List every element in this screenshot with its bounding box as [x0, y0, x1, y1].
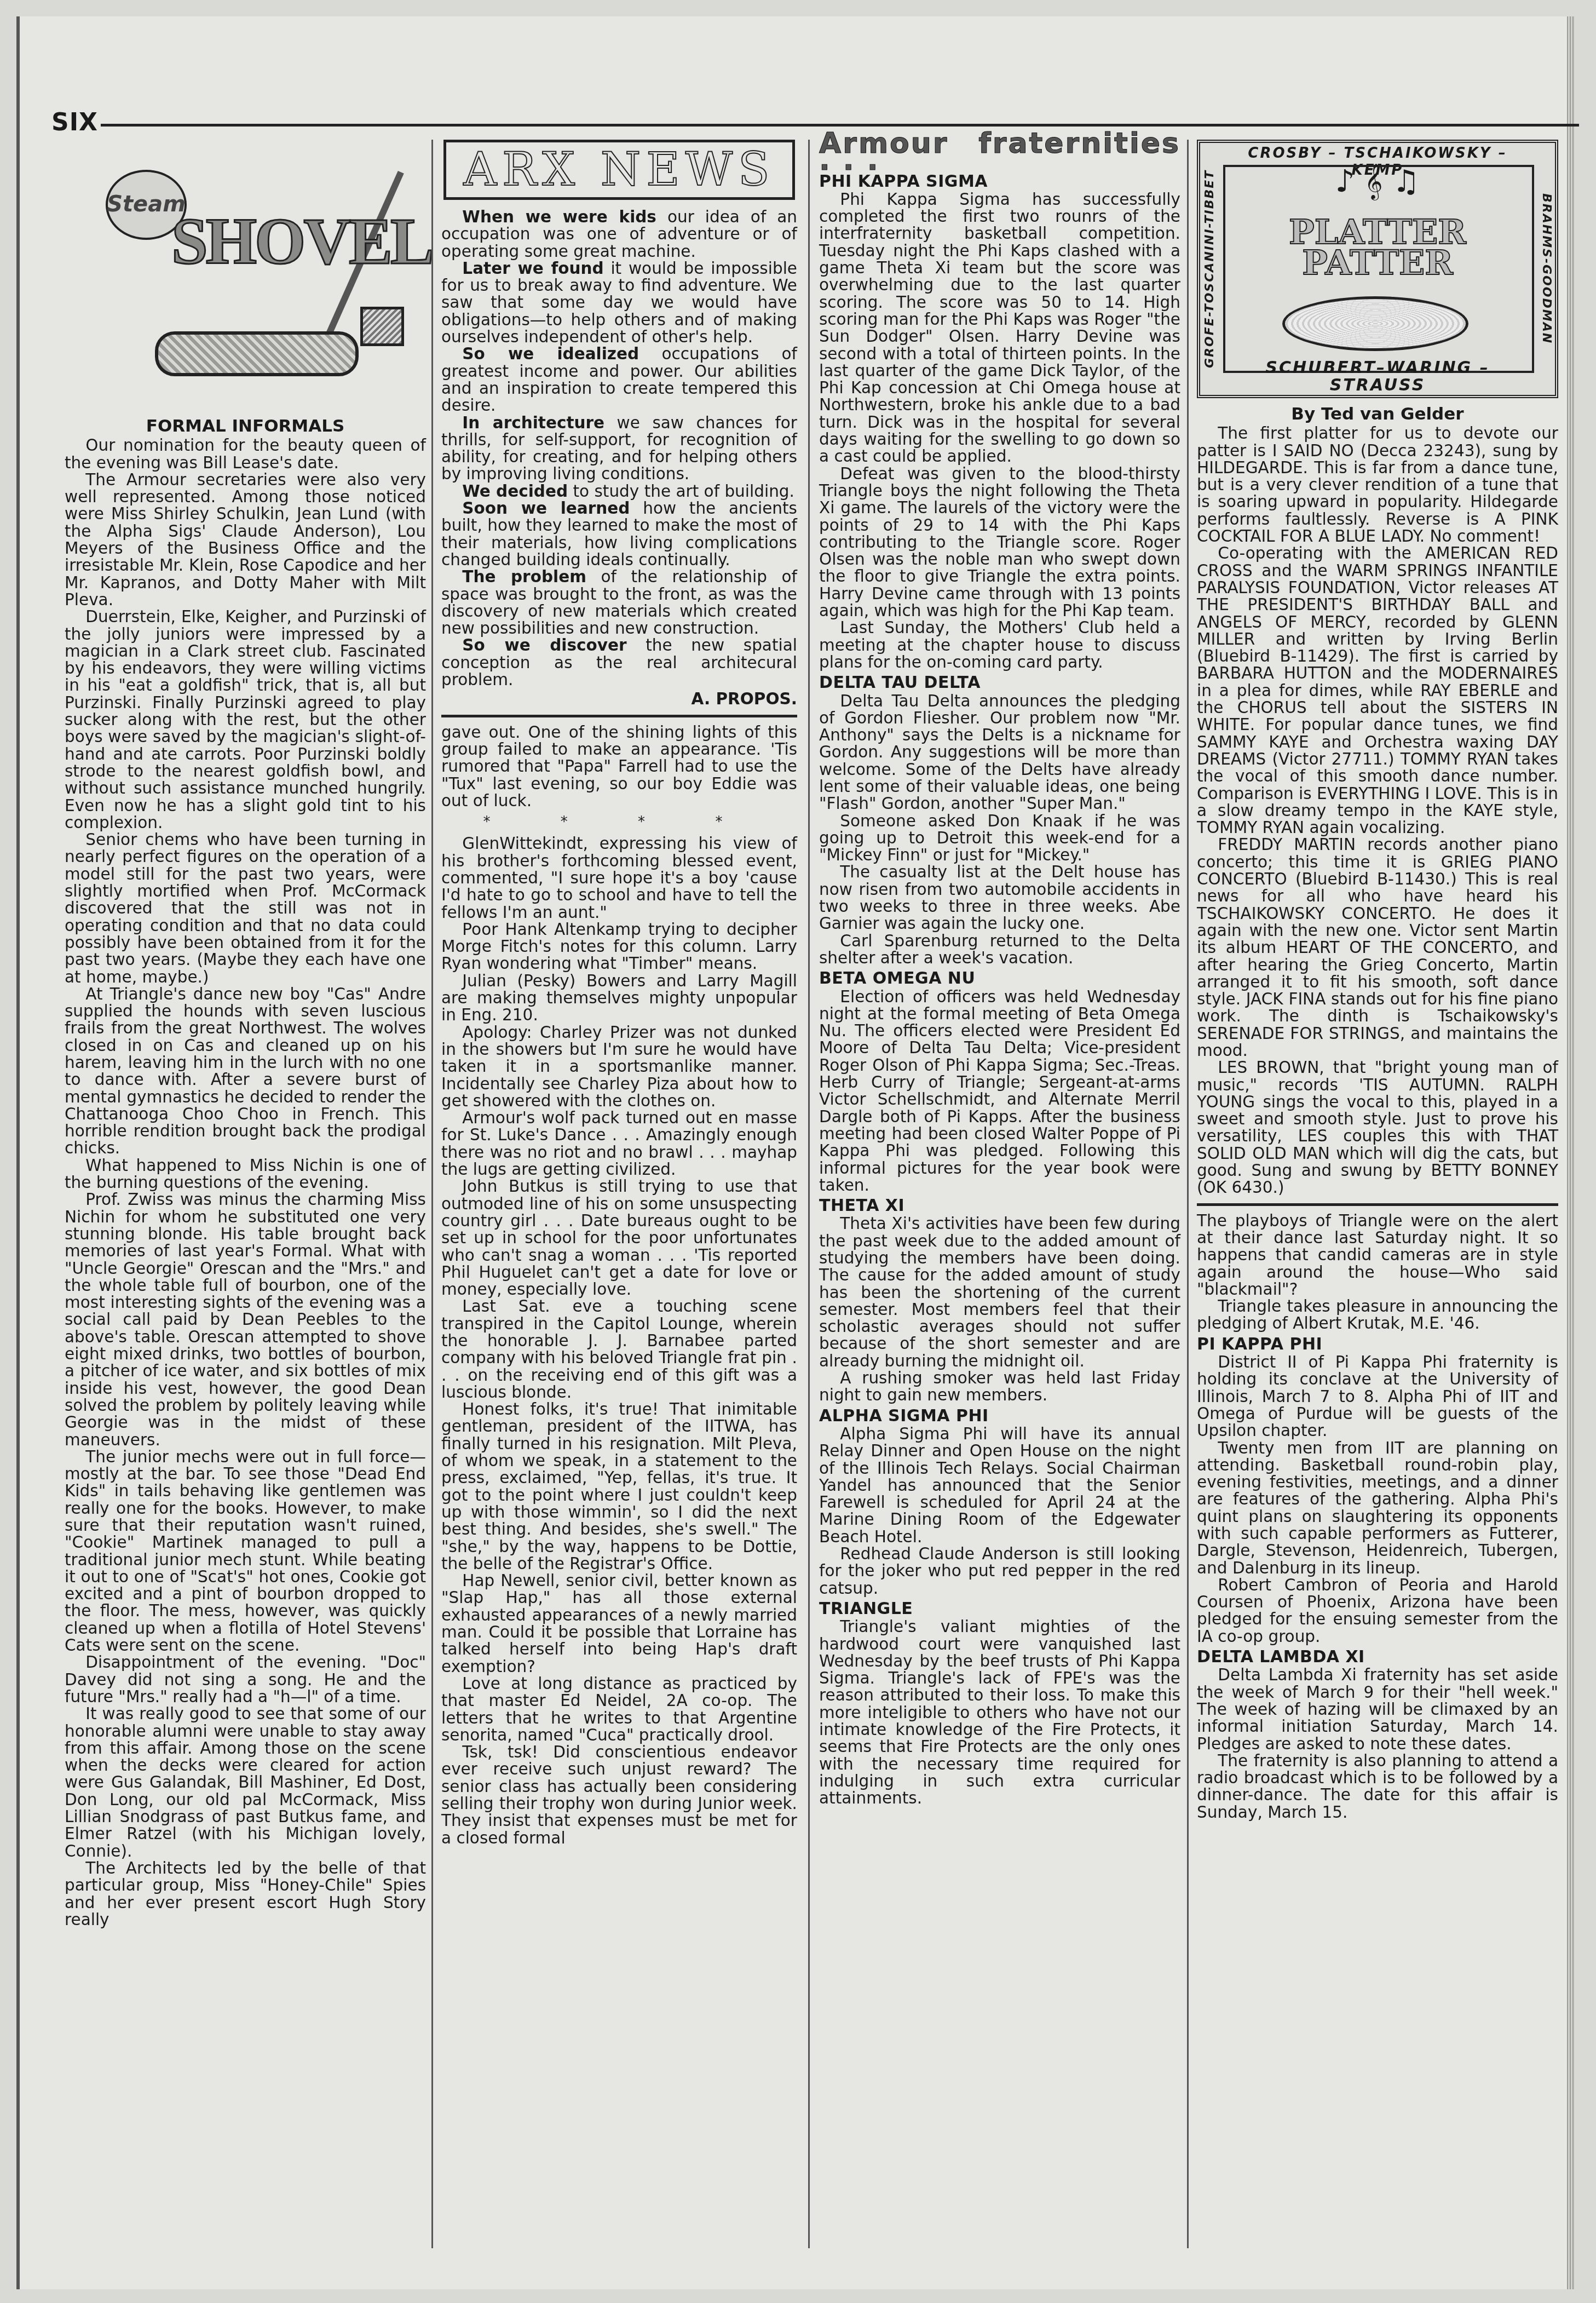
fraternity-paragraph: Someone asked Don Knaak if he was going …	[819, 813, 1180, 864]
divider-rule	[1197, 1203, 1558, 1206]
arx-paragraph: So we idealized occupations of greatest …	[441, 346, 797, 414]
record-disc-icon	[1282, 296, 1468, 351]
paragraph: Love at long distance as practiced by th…	[441, 1675, 797, 1744]
paragraph: Senior chems who have been turning in ne…	[65, 831, 426, 986]
fraternity-paragraph: Alpha Sigma Phi will have its annual Rel…	[819, 1426, 1180, 1546]
header-rule	[101, 124, 1579, 127]
arx-paragraph: We decided to study the art of building.	[441, 483, 797, 500]
paragraph: Disappointment of the evening. "Doc" Dav…	[65, 1654, 426, 1705]
paragraph: The first platter for us to devote our p…	[1197, 425, 1558, 545]
paragraph: Our nomination for the beauty queen of t…	[65, 437, 426, 472]
tread-icon	[155, 331, 359, 376]
fraternity-heading: TRIANGLE	[819, 1600, 1180, 1617]
fraternity-heading: DELTA LAMBDA XI	[1197, 1649, 1558, 1665]
column-divider	[808, 140, 810, 2248]
paragraph: Duerrstein, Elke, Keigher, and Purzinski…	[65, 608, 426, 831]
lead-in: Later we found	[462, 259, 603, 278]
fraternity-heading: PHI KAPPA SIGMA	[819, 173, 1180, 190]
fraternity-paragraph: Redhead Claude Anderson is still looking…	[819, 1546, 1180, 1597]
continued-body: gave out. One of the shining lights of t…	[441, 724, 797, 1847]
fraternity-paragraph: A rushing smoker was held last Friday ni…	[819, 1370, 1180, 1404]
section-separator: * * * *	[441, 814, 797, 831]
paragraph: Julian (Pesky) Bowers and Larry Magill a…	[441, 973, 797, 1024]
fraternity-paragraph: The fraternity is also planning to atten…	[1197, 1753, 1558, 1821]
paragraph: What happened to Miss Nichin is one of t…	[65, 1157, 426, 1192]
paragraph: Hap Newell, senior civil, better known a…	[441, 1572, 797, 1675]
divider-rule	[441, 715, 797, 717]
triangle-continued: The playboys of Triangle were on the ale…	[1197, 1213, 1558, 1333]
platter-body: The first platter for us to devote our p…	[1197, 425, 1558, 1196]
column-platter-patter: CROSBY – TSCHAIKOWSKY – KEMP GROFE-TOSCA…	[1197, 140, 1558, 1821]
newspaper-page: SIX Steam SHOVEL FORMAL INFORMALS Our no…	[16, 16, 1575, 2289]
fraternity-sections-continued: PI KAPPA PHIDistrict II of Pi Kappa Phi …	[1197, 1336, 1558, 1821]
fraternity-paragraph: Theta Xi's activities have been few duri…	[819, 1215, 1180, 1370]
fraternity-paragraph: Defeat was given to the blood-thirsty Tr…	[819, 466, 1180, 620]
title-line-2: PATTER	[1200, 248, 1555, 278]
article-body: Our nomination for the beauty queen of t…	[65, 437, 426, 1928]
paragraph: It was really good to see that some of o…	[65, 1705, 426, 1860]
paragraph: Triangle takes pleasure in announcing th…	[1197, 1298, 1558, 1333]
fraternity-sections: PHI KAPPA SIGMAPhi Kappa Sigma has succe…	[819, 173, 1180, 1807]
fraternity-paragraph: Phi Kappa Sigma has successfully complet…	[819, 191, 1180, 466]
fraternity-paragraph: Last Sunday, the Mothers' Club held a me…	[819, 619, 1180, 671]
paragraph: The junior mechs were out in full force—…	[65, 1449, 426, 1655]
fraternity-paragraph: Election of officers was held Wednesday …	[819, 989, 1180, 1194]
platter-patter-box: CROSBY – TSCHAIKOWSKY – KEMP GROFE-TOSCA…	[1197, 140, 1558, 398]
paragraph: The Armour secretaries were also very we…	[65, 472, 426, 608]
paragraph: John Butkus is still trying to use that …	[441, 1178, 797, 1298]
lead-in: The problem	[462, 567, 586, 586]
paragraph: gave out. One of the shining lights of t…	[441, 724, 797, 809]
fraternity-heading: PI KAPPA PHI	[1197, 1336, 1558, 1353]
lead-in: In architecture	[462, 413, 604, 432]
fraternity-paragraph: Carl Sparenburg returned to the Delta sh…	[819, 933, 1180, 967]
paragraph: Co-operating with the AMERICAN RED CROSS…	[1197, 545, 1558, 836]
page-edge	[1567, 16, 1575, 2289]
steam-shovel-logo: Steam SHOVEL	[65, 140, 426, 413]
arx-paragraph: In architecture we saw chances for thril…	[441, 415, 797, 483]
arx-paragraph: When we were kids our idea of an occupat…	[441, 209, 797, 260]
column-arx-news: ARX NEWS When we were kids our idea of a…	[441, 140, 797, 1847]
byline: By Ted van Gelder	[1197, 406, 1558, 423]
arx-paragraph: Later we found it would be impossible fo…	[441, 260, 797, 346]
paragraph: The playboys of Triangle were on the ale…	[1197, 1213, 1558, 1298]
paragraph: LES BROWN, that "bright young man of mus…	[1197, 1059, 1558, 1196]
fraternity-heading: ALPHA SIGMA PHI	[819, 1408, 1180, 1425]
column-divider	[431, 140, 433, 2248]
lead-in: Soon we learned	[462, 499, 630, 518]
arx-paragraph: The problem of the relationship of space…	[441, 568, 797, 637]
fraternity-paragraph: Triangle's valiant mighties of the hardw…	[819, 1618, 1180, 1807]
paragraph: FREDDY MARTIN records another piano conc…	[1197, 836, 1558, 1059]
signature: A. PROPOS.	[441, 691, 797, 708]
fraternity-paragraph: Delta Lambda Xi fraternity has set aside…	[1197, 1667, 1558, 1752]
fraternity-heading: THETA XI	[819, 1197, 1180, 1214]
column-divider	[1187, 140, 1189, 2248]
arx-body: When we were kids our idea of an occupat…	[441, 209, 797, 688]
paragraph: Honest folks, it's true! That inimitable…	[441, 1401, 797, 1572]
arx-paragraph: So we discover the new spatial conceptio…	[441, 637, 797, 688]
paragraph: Last Sat. eve a touching scene transpire…	[441, 1298, 797, 1401]
fraternity-heading: DELTA TAU DELTA	[819, 674, 1180, 691]
column-fraternities: Armour fraternities . . . PHI KAPPA SIGM…	[819, 140, 1180, 1807]
fraternity-paragraph: Twenty men from IIT are planning on atte…	[1197, 1440, 1558, 1577]
fraternities-title: Armour fraternities . . .	[819, 135, 1180, 170]
arx-paragraph: Soon we learned how the ancients built, …	[441, 500, 797, 568]
bucket-icon	[360, 307, 404, 346]
fraternity-paragraph: The casualty list at the Delt house has …	[819, 864, 1180, 932]
paragraph: Apology: Charley Prizer was not dunked i…	[441, 1024, 797, 1110]
fraternity-paragraph: Robert Cambron of Peoria and Harold Cour…	[1197, 1577, 1558, 1645]
fraternity-heading: BETA OMEGA NU	[819, 970, 1180, 987]
section-heading: FORMAL INFORMALS	[65, 418, 426, 435]
music-notes-icon: ♪ 𝄞 ♫	[1200, 173, 1555, 190]
page-number: SIX	[51, 108, 98, 136]
lead-in: So we discover	[462, 636, 626, 654]
lead-in: When we were kids	[462, 208, 656, 226]
arx-news-banner: ARX NEWS	[443, 140, 795, 200]
paragraph: Poor Hank Altenkamp trying to decipher M…	[441, 921, 797, 973]
paragraph: At Triangle's dance new boy "Cas" Andre …	[65, 986, 426, 1157]
composers-bottom: SCHUBERT–WARING –STRAUSS	[1221, 359, 1534, 394]
fraternity-paragraph: Delta Tau Delta announces the pledging o…	[819, 693, 1180, 813]
paragraph: GlenWittekindt, expressing his view of h…	[441, 835, 797, 921]
shovel-wordmark: SHOVEL	[171, 233, 432, 250]
fraternity-paragraph: District II of Pi Kappa Phi fraternity i…	[1197, 1354, 1558, 1439]
platter-patter-title: PLATTER PATTER	[1200, 217, 1555, 278]
paragraph: Tsk, tsk! Did conscientious endeavor eve…	[441, 1744, 797, 1847]
paragraph: Prof. Zwiss was minus the charming Miss …	[65, 1191, 426, 1448]
lead-in: So we idealized	[462, 344, 639, 363]
lead-in: We decided	[462, 482, 568, 501]
paragraph: Armour's wolf pack turned out en masse f…	[441, 1110, 797, 1178]
column-steam-shovel: Steam SHOVEL FORMAL INFORMALS Our nomina…	[65, 140, 426, 1928]
paragraph: The Architects led by the belle of that …	[65, 1860, 426, 1928]
